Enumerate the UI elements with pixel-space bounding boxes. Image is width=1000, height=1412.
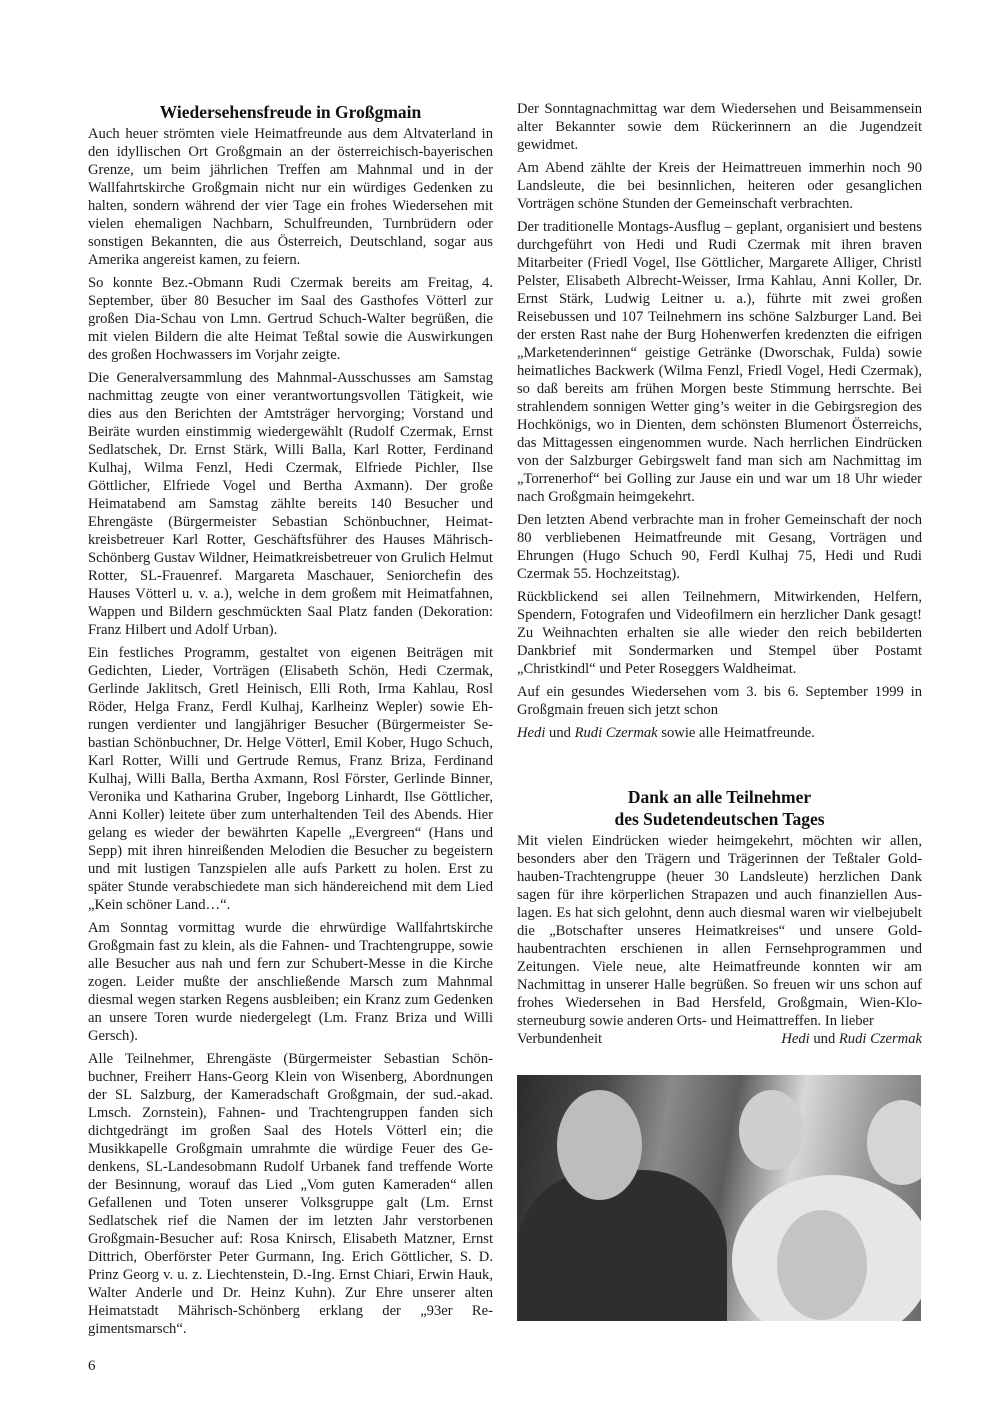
section-title: Dank an alle Teilnehmer des Sudetendeuts… — [517, 786, 922, 830]
photo-face-woman-front — [777, 1210, 867, 1320]
closing-text: Verbundenheit — [517, 1030, 602, 1048]
paragraph: Den letzten Abend verbrachte man in froh… — [517, 511, 922, 583]
photo-face-woman-back — [739, 1090, 804, 1170]
paragraph: Der traditionelle Montags-Ausflug – gepl… — [517, 218, 922, 506]
paragraph: Rückblickend sei allen Teilnehmern, Mitw… — [517, 588, 922, 678]
signature-name: Hedi — [517, 725, 545, 741]
paragraph: Auf ein gesundes Wiedersehen vom 3. bis … — [517, 683, 922, 719]
article-title: Wiedersehensfreude in Großgmain — [88, 101, 493, 123]
paragraph: Alle Teilnehmer, Ehrengäste (Bürgermeist… — [88, 1050, 493, 1338]
section-title-line: des Sudetendeutschen Tages — [614, 809, 824, 829]
photo-figure-man — [517, 1170, 727, 1321]
paragraph: Ein festliches Programm, gestaltet von e… — [88, 644, 493, 914]
photo-face-man-right — [867, 1100, 921, 1185]
paragraph: So konnte Bez.-Obmann Rudi Czermak berei… — [88, 274, 493, 364]
paragraph: Mit vielen Eindrücken wieder heimgekehrt… — [517, 832, 922, 1030]
signature-conjunction: und — [545, 725, 574, 741]
right-column: Der Sonntagnachmittag war dem Wiedersehe… — [517, 100, 922, 1048]
page-number: 6 — [88, 1358, 96, 1375]
paragraph: Auch heuer strömten viele Heimatfreunde … — [88, 125, 493, 269]
left-column: Wiedersehensfreude in Großgmain Auch heu… — [88, 100, 493, 1343]
paragraph: Am Abend zählte der Kreis der Heimattreu… — [517, 159, 922, 213]
section-title-line: Dank an alle Teilnehmer — [628, 787, 811, 807]
signature-name: Rudi Czermak — [575, 725, 658, 741]
signature-conjunction: und — [810, 1031, 839, 1047]
paragraph: Am Sonntag vormittag wurde die ehrwürdig… — [88, 919, 493, 1045]
photo-face-man — [557, 1090, 642, 1200]
closing-signature: Hedi und Rudi Czermak — [781, 1030, 922, 1048]
closing-line: Verbundenheit Hedi und Rudi Czermak — [517, 1030, 922, 1048]
photo-attendees — [517, 1075, 921, 1321]
signature-name: Hedi — [781, 1031, 809, 1047]
signature-name: Rudi Czermak — [839, 1031, 922, 1047]
paragraph: Der Sonntagnachmittag war dem Wiedersehe… — [517, 100, 922, 154]
paragraph: Die Generalversammlung des Mahnmal-Aussc… — [88, 369, 493, 639]
signature-rest: sowie alle Heimatfreunde. — [658, 725, 815, 741]
signature-line: Hedi und Rudi Czermak sowie alle Heimatf… — [517, 724, 922, 742]
